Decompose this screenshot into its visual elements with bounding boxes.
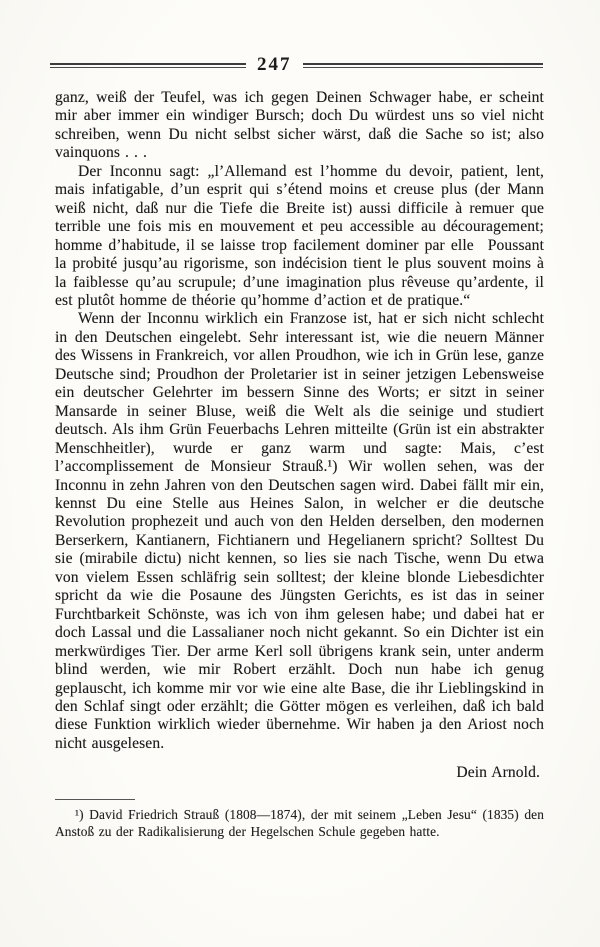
header-rule-right [303,63,544,68]
header-rule-left [50,63,246,68]
paragraph-inconnu-quote: Der Inconnu sagt: „l’Allemand est l’homm… [55,163,544,311]
footnote-text: ¹) David Friedrich Strauß (1808—1874), d… [55,806,544,840]
paragraph-commentary: Wenn der Inconnu wirklich ein Franzose i… [55,310,544,753]
running-header: 247 [50,56,543,75]
paragraph-continuation: ganz, weiß der Teufel, was ich gegen Dei… [55,89,544,163]
footnote-separator [55,799,135,800]
page-number: 247 [246,55,303,74]
letter-body: ganz, weiß der Teufel, was ich gegen Dei… [55,89,544,840]
book-page: 247 ganz, weiß der Teufel, was ich gegen… [0,0,600,947]
letter-signature: Dein Arnold. [55,764,540,782]
